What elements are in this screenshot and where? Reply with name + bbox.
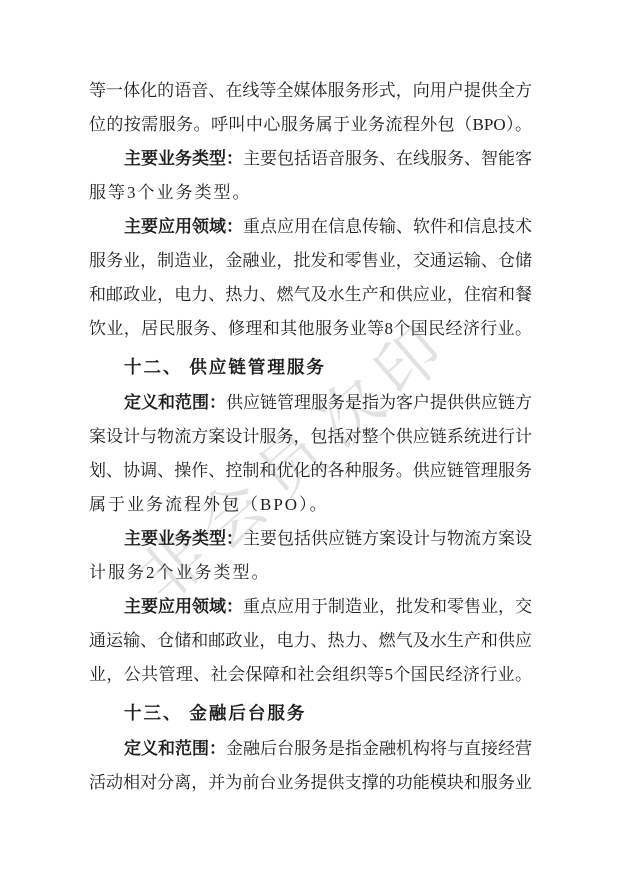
text-line: 服务业，制造业，金融业，批发和零售业，交通运输、仓储 — [89, 244, 532, 278]
text-line: 主要应用领域：重点应用在信息传输、软件和信息技术 — [89, 210, 532, 244]
paragraph-label: 主要业务类型： — [124, 529, 243, 548]
text-line: 活动相对分离，并为前台业务提供支撑的功能模块和服务业 — [89, 766, 532, 800]
document-page: 非会员次印 等一体化的语音、在线等全媒体服务形式，向用户提供全方位的按需服务。呼… — [0, 0, 620, 877]
text-line: 主要业务类型：主要包括供应链方案设计与物流方案设 — [89, 522, 532, 556]
paragraph-label: 定义和范围： — [124, 393, 226, 412]
text-line: 通运输、仓储和邮政业，电力、热力、燃气及水生产和供应 — [89, 624, 532, 658]
text-line: 案设计与物流方案设计服务，包括对整个供应链系统进行计 — [89, 420, 532, 454]
text-line: 位的按需服务。呼叫中心服务属于业务流程外包（BPO）。 — [89, 108, 532, 142]
paragraph-label: 主要应用领域： — [124, 597, 243, 616]
text-line: 业，公共管理、社会保障和社会组织等5个国民经济行业。 — [89, 658, 532, 692]
text-line: 饮业，居民服务、修理和其他服务业等8个国民经济行业。 — [89, 312, 532, 346]
text-line: 定义和范围：供应链管理服务是指为客户提供供应链方 — [89, 386, 532, 420]
text-line: 定义和范围：金融后台服务是指金融机构将与直接经营 — [89, 732, 532, 766]
text-line: 服等3个业务类型。 — [89, 176, 532, 210]
text-line: 属于业务流程外包（BPO）。 — [89, 488, 532, 522]
text-line: 等一体化的语音、在线等全媒体服务形式，向用户提供全方 — [89, 74, 532, 108]
section-heading: 十二、 供应链管理服务 — [89, 350, 532, 384]
paragraph-label: 主要业务类型： — [124, 149, 243, 168]
text-line: 主要业务类型：主要包括语音服务、在线服务、智能客 — [89, 142, 532, 176]
paragraph-label: 定义和范围： — [124, 739, 226, 758]
text-line: 计服务2个业务类型。 — [89, 556, 532, 590]
page-content: 等一体化的语音、在线等全媒体服务形式，向用户提供全方位的按需服务。呼叫中心服务属… — [89, 74, 532, 800]
text-line: 和邮政业，电力、热力、燃气及水生产和供应业，住宿和餐 — [89, 278, 532, 312]
text-line: 主要应用领域：重点应用于制造业，批发和零售业，交 — [89, 590, 532, 624]
paragraph-label: 主要应用领域： — [124, 217, 243, 236]
text-line: 划、协调、操作、控制和优化的各种服务。供应链管理服务 — [89, 454, 532, 488]
section-heading: 十三、 金融后台服务 — [89, 696, 532, 730]
